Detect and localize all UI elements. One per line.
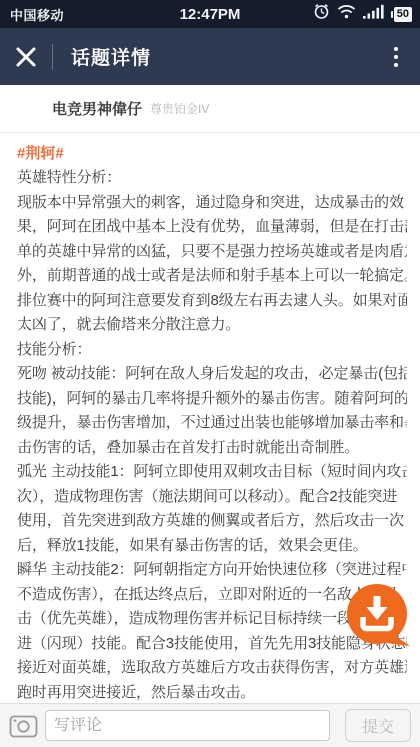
download-fab[interactable] xyxy=(342,583,414,651)
camera-icon[interactable] xyxy=(9,713,38,738)
author-name: 电竞男神偉仔 xyxy=(52,98,142,119)
page-title: 话题详情 xyxy=(71,43,151,70)
submit-button[interactable]: 提交 xyxy=(345,709,411,742)
nav-bar: 话题详情 xyxy=(0,28,420,85)
status-icons: 50 xyxy=(313,3,412,25)
close-icon[interactable] xyxy=(0,46,52,68)
nav-divider xyxy=(52,44,53,70)
author-rank-badge: 尊贵铂金IV xyxy=(150,100,209,117)
comment-input[interactable] xyxy=(45,710,330,741)
author-row[interactable]: 电竞男神偉仔 尊贵铂金IV xyxy=(0,85,420,133)
alarm-icon xyxy=(313,3,330,25)
topic-hashtag[interactable]: #荆轲# xyxy=(17,133,407,166)
signal-icon xyxy=(363,4,384,24)
status-bar: 中国移动 12:47PM xyxy=(0,0,420,28)
comment-bar: 提交 xyxy=(0,703,420,747)
topic-detail-screen: 中国移动 12:47PM xyxy=(0,0,420,747)
battery-nub xyxy=(391,11,393,18)
battery-icon: 50 xyxy=(391,7,412,22)
battery-percent: 50 xyxy=(394,7,412,22)
more-menu-icon[interactable] xyxy=(388,41,404,73)
wifi-icon xyxy=(337,4,356,24)
